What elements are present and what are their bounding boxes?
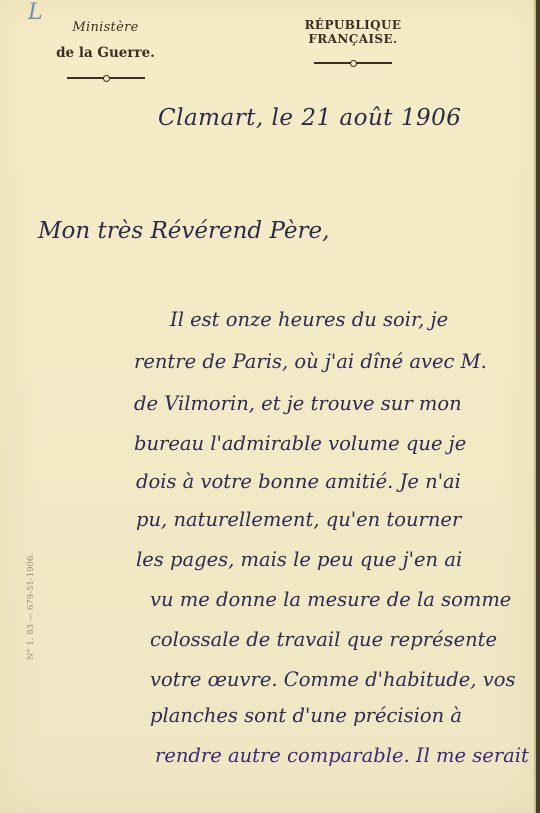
printer-mark: N° 1. 83 — 679-51-1906.: [26, 553, 36, 660]
letter-salutation: Mon très Révérend Père,: [38, 218, 329, 244]
body-line: bureau l'admirable volume que je: [134, 432, 466, 455]
ministry-letterhead: Ministère de la Guerre.: [38, 20, 173, 81]
ornament-divider-icon: [314, 60, 392, 66]
body-line: de Vilmorin, et je trouve sur mon: [134, 392, 462, 415]
ministry-subtitle: de la Guerre.: [38, 45, 173, 61]
body-line: rendre autre comparable. Il me serait: [155, 744, 529, 767]
body-line: pu, naturellement, qu'en tourner: [136, 508, 461, 531]
republic-title: RÉPUBLIQUE FRANÇAISE.: [258, 18, 448, 46]
letter-date: Clamart, le 21 août 1906: [158, 105, 461, 131]
body-line: rentre de Paris, où j'ai dîné avec M.: [134, 350, 487, 373]
body-line: votre œuvre. Comme d'habitude, vos: [150, 668, 515, 691]
body-line: planches sont d'une précision à: [150, 704, 462, 727]
ornament-divider-icon: [67, 75, 145, 81]
body-line: Il est onze heures du soir, je: [170, 308, 448, 331]
body-line: colossale de travail que représente: [150, 628, 497, 651]
body-line: dois à votre bonne amitié. Je n'ai: [136, 470, 461, 493]
letter-page: L Ministère de la Guerre. RÉPUBLIQUE FRA…: [0, 0, 536, 813]
ministry-title: Ministère: [38, 20, 173, 35]
republic-letterhead: RÉPUBLIQUE FRANÇAISE.: [258, 18, 448, 66]
body-line: les pages, mais le peu que j'en ai: [136, 548, 462, 571]
body-line: vu me donne la mesure de la somme: [150, 588, 511, 611]
